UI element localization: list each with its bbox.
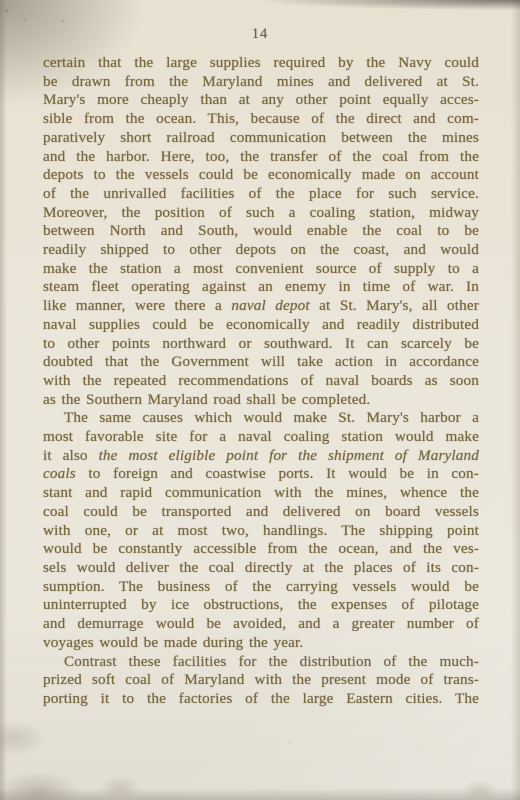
text-line: and the harbor. Here, too, the transfer …: [43, 148, 479, 167]
text-line: sumption. The business of the carrying v…: [43, 578, 479, 597]
text-line: Moreover, the position of such a coaling…: [43, 204, 479, 223]
text-line: doubted that the Government will take ac…: [43, 353, 479, 372]
text-run: prized soft coal of Maryland with the pr…: [43, 671, 479, 688]
text-line: of the unrivalled facilities of the plac…: [43, 185, 479, 204]
text-line: coals to foreign and coastwise ports. It…: [43, 465, 479, 484]
text-line: Mary's more cheaply than at any other po…: [43, 91, 479, 110]
text-run: coal could be transported and delivered …: [43, 503, 479, 520]
text-line: be drawn from the Maryland mines and del…: [43, 73, 479, 92]
text-line: naval supplies could be economically and…: [43, 316, 479, 335]
text-line: to other points northward or southward. …: [43, 335, 479, 354]
text-run: Moreover, the position of such a coaling…: [43, 204, 479, 221]
text-block: certain that the large supplies required…: [43, 54, 479, 709]
page-number: 14: [0, 26, 520, 43]
text-run: and demurrage would be avoided, and a gr…: [43, 615, 479, 632]
text-line: Contrast these facilities for the distri…: [43, 653, 479, 672]
text-run: paratively short railroad communication …: [43, 129, 479, 146]
paragraph: certain that the large supplies required…: [43, 54, 479, 409]
text-line: The same causes which would make St. Mar…: [43, 409, 479, 428]
text-line: between North and South, would enable th…: [43, 222, 479, 241]
text-run: uninterrupted by ice obstructions, the e…: [43, 596, 479, 613]
text-run: at St. Mary's, all other: [310, 297, 479, 314]
text-line: prized soft coal of Maryland with the pr…: [43, 671, 479, 690]
text-run: of the unrivalled facilities of the plac…: [43, 185, 479, 202]
text-run: with one, or at most two, handlings. The…: [43, 522, 479, 539]
text-run: sible from the ocean. This, because of t…: [43, 110, 479, 127]
text-run: certain that the large supplies required…: [43, 54, 479, 71]
text-line: with one, or at most two, handlings. The…: [43, 522, 479, 541]
text-line: it also the most eligible point for the …: [43, 447, 479, 466]
text-run: to foreign and coastwise ports. It would…: [76, 465, 479, 482]
text-line: paratively short railroad communication …: [43, 129, 479, 148]
text-run: with the repeated recommendations of nav…: [43, 372, 479, 389]
text-line: porting it to the factories of the large…: [43, 690, 479, 709]
text-line: make the station a most convenient sourc…: [43, 260, 479, 279]
text-line: and demurrage would be avoided, and a gr…: [43, 615, 479, 634]
text-run: Mary's more cheaply than at any other po…: [43, 91, 479, 108]
text-line: like manner, were there a naval depot at…: [43, 297, 479, 316]
italic-phrase: naval depot: [231, 297, 309, 314]
text-run: voyages would be made during the year.: [43, 634, 303, 651]
text-run: make the station a most convenient sourc…: [43, 260, 479, 277]
text-run: doubted that the Government will take ac…: [43, 353, 479, 370]
text-line: sels would deliver the coal directly at …: [43, 559, 479, 578]
book-page-scan: 14 certain that the large supplies requi…: [0, 0, 520, 800]
text-run: naval supplies could be economically and…: [43, 316, 479, 333]
text-line: depots to the vessels could be economica…: [43, 166, 479, 185]
text-run: it also: [43, 447, 99, 464]
text-line: steam fleet operating against an enemy i…: [43, 278, 479, 297]
text-line: would be constantly accessible from the …: [43, 540, 479, 559]
text-run: stant and rapid communication with the m…: [43, 484, 479, 501]
text-run: between North and South, would enable th…: [43, 222, 479, 239]
text-line: voyages would be made during the year.: [43, 634, 479, 653]
text-line: as the Southern Maryland road shall be c…: [43, 391, 479, 410]
text-line: with the repeated recommendations of nav…: [43, 372, 479, 391]
text-line: coal could be transported and delivered …: [43, 503, 479, 522]
paragraph: Contrast these facilities for the distri…: [43, 653, 479, 709]
text-run: and the harbor. Here, too, the transfer …: [43, 148, 479, 165]
text-run: sumption. The business of the carrying v…: [43, 578, 479, 595]
text-line: certain that the large supplies required…: [43, 54, 479, 73]
paragraph: The same causes which would make St. Mar…: [43, 409, 479, 652]
text-line: uninterrupted by ice obstructions, the e…: [43, 596, 479, 615]
text-run: steam fleet operating against an enemy i…: [43, 278, 479, 295]
text-run: would be constantly accessible from the …: [43, 540, 479, 557]
italic-phrase: coals: [43, 465, 76, 482]
text-run: as the Southern Maryland road shall be c…: [43, 391, 370, 408]
text-run: readily shipped to other depots on the c…: [43, 241, 479, 258]
text-run: The same causes which would make St. Mar…: [64, 409, 479, 426]
text-run: be drawn from the Maryland mines and del…: [43, 73, 479, 90]
text-line: sible from the ocean. This, because of t…: [43, 110, 479, 129]
text-run: sels would deliver the coal directly at …: [43, 559, 479, 576]
text-run: depots to the vessels could be economica…: [43, 166, 479, 183]
text-run: Contrast these facilities for the distri…: [64, 653, 479, 670]
text-run: like manner, were there a: [43, 297, 231, 314]
text-line: stant and rapid communication with the m…: [43, 484, 479, 503]
text-run: porting it to the factories of the large…: [43, 690, 479, 707]
italic-phrase: the most eligible point for the shipment…: [99, 447, 479, 464]
text-run: most favorable site for a naval coaling …: [43, 428, 479, 445]
text-line: most favorable site for a naval coaling …: [43, 428, 479, 447]
text-line: readily shipped to other depots on the c…: [43, 241, 479, 260]
text-run: to other points northward or southward. …: [43, 335, 479, 352]
